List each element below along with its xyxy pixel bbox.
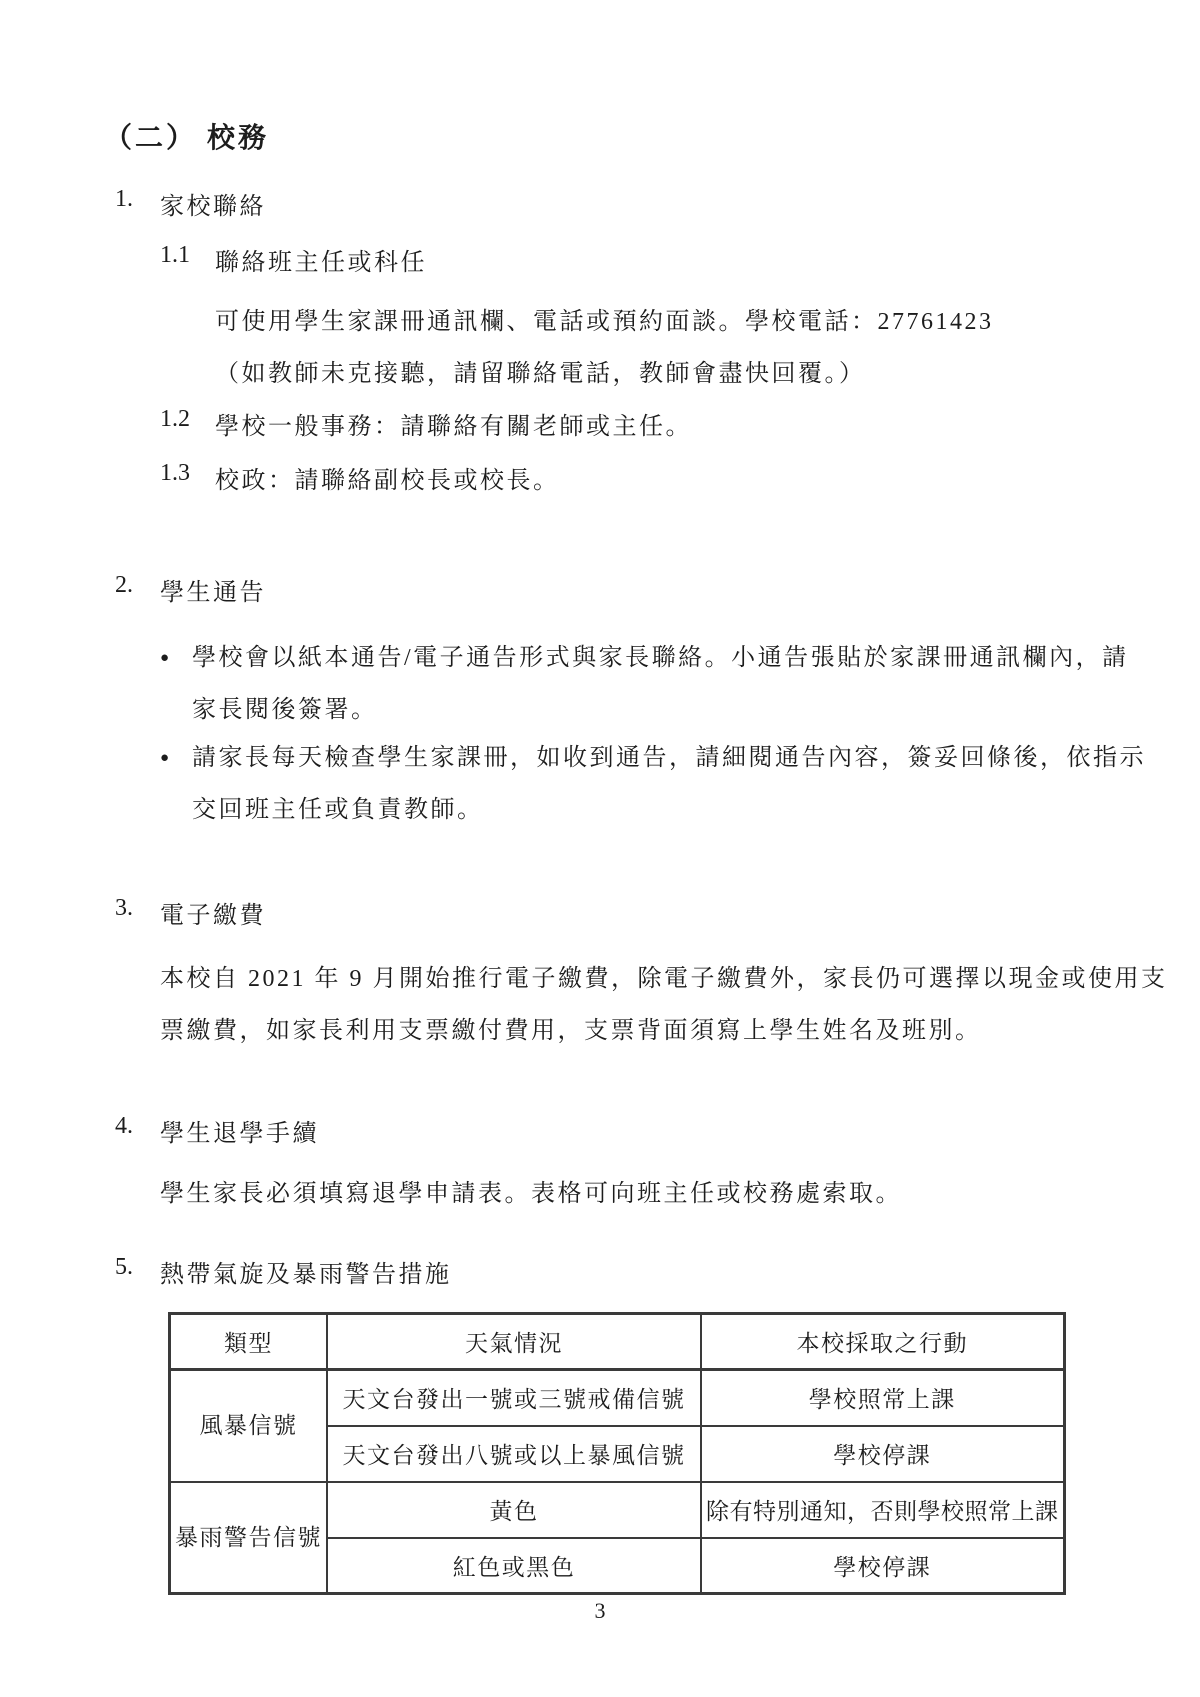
paragraph-line: 家長閱後簽署。 (192, 684, 1129, 736)
list-item-number: 4. (115, 1113, 160, 1148)
list-item-title: 學生退學手續 (160, 1113, 319, 1148)
list-item-title: 電子繳費 (160, 895, 266, 930)
table-cell-category: 風暴信號 (170, 1370, 328, 1482)
bullet-icon: ● (160, 732, 192, 784)
list-item-title: 校政：請聯絡副校長或校長。 (215, 460, 560, 495)
bullet-icon: ● (160, 632, 192, 684)
paragraph: 可使用學生家課冊通訊欄、電話或預約面談。學校電話：27761423 （如教師未克… (215, 296, 994, 400)
list-item-title: 學生通告 (160, 572, 266, 607)
list-item-3: 3. 電子繳費 (115, 895, 266, 930)
table-cell-weather: 天文台發出八號或以上暴風信號 (327, 1426, 701, 1482)
table-cell-weather: 紅色或黑色 (327, 1538, 701, 1594)
table-cell-action: 除有特別通知，否則學校照常上課 (701, 1482, 1064, 1538)
page-number: 3 (0, 1598, 1200, 1624)
list-item-title: 熱帶氣旋及暴雨警告措施 (160, 1254, 452, 1289)
paragraph-line: 交回班主任或負責教師。 (192, 784, 1146, 836)
table-cell-weather: 天文台發出一號或三號戒備信號 (327, 1370, 701, 1426)
section-heading: （二） 校務 (104, 116, 269, 156)
table-cell-action: 學校停課 (701, 1538, 1064, 1594)
paragraph-line: 學生家長必須填寫退學申請表。表格可向班主任或校務處索取。 (160, 1168, 902, 1220)
paragraph-line: 請家長每天檢查學生家課冊，如收到通告，請細閱通告內容，簽妥回條後，依指示 (192, 732, 1146, 784)
list-item-number: 5. (115, 1254, 160, 1289)
paragraph: 學生家長必須填寫退學申請表。表格可向班主任或校務處索取。 (160, 1168, 902, 1220)
list-item-number: 2. (115, 572, 160, 607)
list-item-1: 1. 家校聯絡 (115, 186, 266, 221)
list-item-4: 4. 學生退學手續 (115, 1113, 319, 1148)
list-item-1-3: 1.3 校政：請聯絡副校長或校長。 (160, 460, 560, 495)
list-item-title: 學校一般事務：請聯絡有關老師或主任。 (215, 406, 692, 441)
list-item-number: 3. (115, 895, 160, 930)
table-header-type: 類型 (170, 1314, 328, 1370)
bullet-item: ● 請家長每天檢查學生家課冊，如收到通告，請細閱通告內容，簽妥回條後，依指示 交… (160, 732, 1146, 836)
table-cell-weather: 黃色 (327, 1482, 701, 1538)
list-item-1-1: 1.1 聯絡班主任或科任 (160, 242, 427, 277)
table-cell-action: 學校照常上課 (701, 1370, 1064, 1426)
table-row: 暴雨警告信號 黃色 除有特別通知，否則學校照常上課 (170, 1482, 1065, 1538)
bullet-text: 學校會以紙本通告/電子通告形式與家長聯絡。小通告張貼於家課冊通訊欄內，請 家長閱… (192, 632, 1129, 736)
paragraph-line: 票繳費，如家長利用支票繳付費用，支票背面須寫上學生姓名及班別。 (160, 1005, 1168, 1057)
list-item-title: 聯絡班主任或科任 (215, 242, 427, 277)
list-item-number: 1.3 (160, 460, 215, 495)
list-item-2: 2. 學生通告 (115, 572, 266, 607)
bullet-item: ● 學校會以紙本通告/電子通告形式與家長聯絡。小通告張貼於家課冊通訊欄內，請 家… (160, 632, 1129, 736)
table-cell-category: 暴雨警告信號 (170, 1482, 328, 1594)
list-item-number: 1. (115, 186, 160, 221)
list-item-title: 家校聯絡 (160, 186, 266, 221)
weather-warning-table: 類型 天氣情況 本校採取之行動 風暴信號 天文台發出一號或三號戒備信號 學校照常… (168, 1312, 1066, 1595)
paragraph-line: 本校自 2021 年 9 月開始推行電子繳費，除電子繳費外，家長仍可選擇以現金或… (160, 953, 1168, 1005)
paragraph: 本校自 2021 年 9 月開始推行電子繳費，除電子繳費外，家長仍可選擇以現金或… (160, 953, 1168, 1057)
paragraph-line: 學校會以紙本通告/電子通告形式與家長聯絡。小通告張貼於家課冊通訊欄內，請 (192, 632, 1129, 684)
table-cell-action: 學校停課 (701, 1426, 1064, 1482)
table-header-row: 類型 天氣情況 本校採取之行動 (170, 1314, 1065, 1370)
list-item-number: 1.2 (160, 406, 215, 441)
table-header-weather: 天氣情況 (327, 1314, 701, 1370)
table-header-action: 本校採取之行動 (701, 1314, 1064, 1370)
paragraph-line: （如教師未克接聽，請留聯絡電話，教師會盡快回覆。） (215, 348, 994, 400)
paragraph-line: 可使用學生家課冊通訊欄、電話或預約面談。學校電話：27761423 (215, 296, 994, 348)
document-page: （二） 校務 1. 家校聯絡 1.1 聯絡班主任或科任 可使用學生家課冊通訊欄、… (0, 0, 1200, 1697)
list-item-number: 1.1 (160, 242, 215, 277)
bullet-text: 請家長每天檢查學生家課冊，如收到通告，請細閱通告內容，簽妥回條後，依指示 交回班… (192, 732, 1146, 836)
list-item-1-2: 1.2 學校一般事務：請聯絡有關老師或主任。 (160, 406, 692, 441)
list-item-5: 5. 熱帶氣旋及暴雨警告措施 (115, 1254, 452, 1289)
table-row: 風暴信號 天文台發出一號或三號戒備信號 學校照常上課 (170, 1370, 1065, 1426)
